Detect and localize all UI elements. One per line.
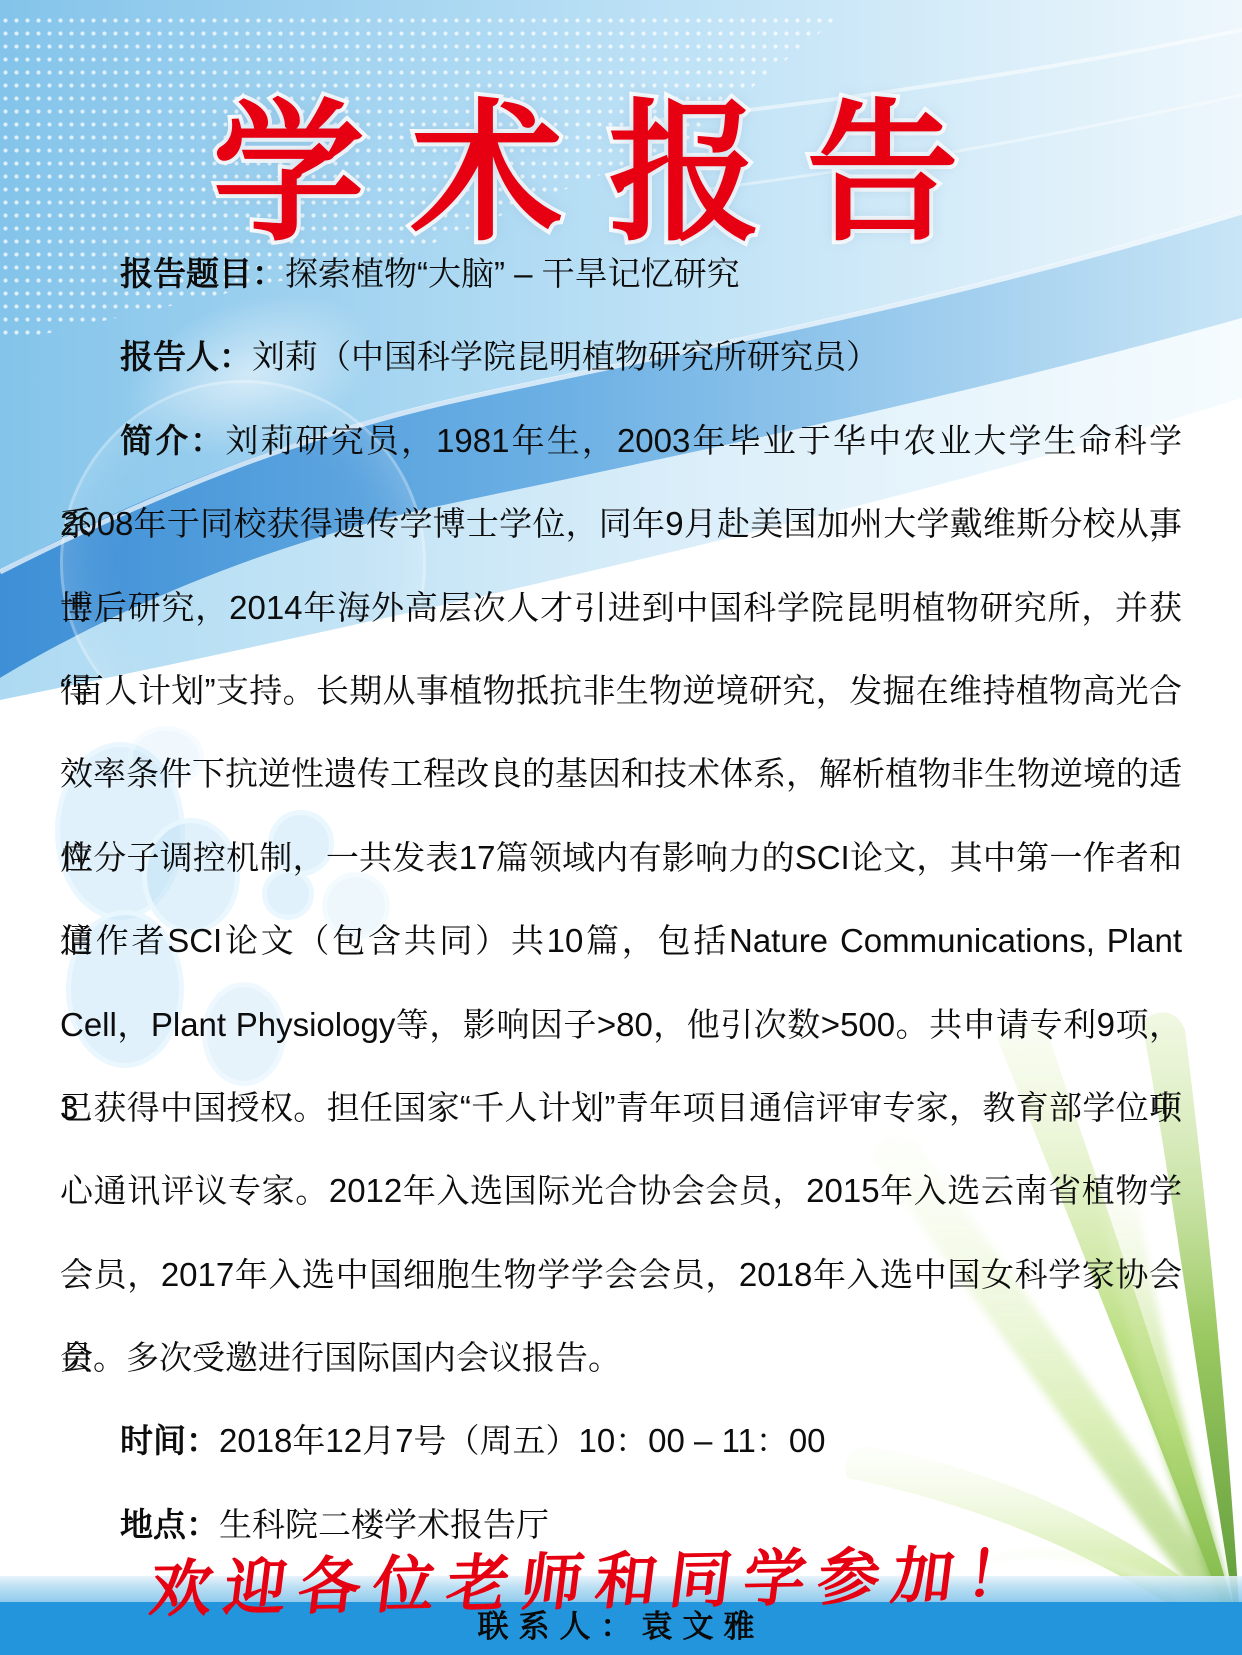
intro-line: 简介：刘莉研究员，1981年生，2003年毕业于华中农业大学生命科学系， bbox=[60, 399, 1182, 482]
time-line: 时间：2018年12月7号（周五）10：00 – 11：00 bbox=[60, 1399, 1182, 1482]
intro-line: 心通讯评议专家。2012年入选国际光合协会会员，2015年入选云南省植物学会 bbox=[60, 1149, 1182, 1232]
intro-line: 已获得中国授权。担任国家“千人计划”青年项目通信评审专家，教育部学位中 bbox=[60, 1066, 1182, 1149]
intro-line: 会员，2017年入选中国细胞生物学学会会员，2018年入选中国女科学家协会会 bbox=[60, 1233, 1182, 1316]
lecture-poster: 学术报告 报告题目：探索植物“大脑” – 干旱记忆研究 报告人：刘莉（中国科学院… bbox=[0, 0, 1242, 1655]
intro-line: 士后研究，2014年海外高层次人才引进到中国科学院昆明植物研究所，并获得 bbox=[60, 566, 1182, 649]
intro-line: Cell，Plant Physiology等，影响因子>80，他引次数>500。… bbox=[60, 983, 1182, 1066]
intro-line: 员。多次受邀进行国际国内会议报告。 bbox=[60, 1316, 1182, 1399]
poster-title: 学术报告 bbox=[213, 52, 1005, 270]
venue-label: 地点： bbox=[120, 1506, 219, 1543]
speaker-label: 报告人： bbox=[120, 338, 252, 375]
intro-label: 简介： bbox=[120, 422, 225, 459]
intro-line: 效率条件下抗逆性遗传工程改良的基因和技术体系，解析植物非生物逆境的适应 bbox=[60, 732, 1182, 815]
intro-line: 2008年于同校获得遗传学博士学位，同年9月赴美国加州大学戴维斯分校从事博 bbox=[60, 482, 1182, 565]
intro-line: “百人计划”支持。长期从事植物抵抗非生物逆境研究，发掘在维持植物高光合 bbox=[60, 649, 1182, 732]
intro-line: 性分子调控机制，一共发表17篇领域内有影响力的SCI论文，其中第一作者和通 bbox=[60, 816, 1182, 899]
speaker-line: 报告人：刘莉（中国科学院昆明植物研究所研究员） bbox=[60, 315, 1182, 398]
time-label: 时间： bbox=[120, 1422, 219, 1459]
poster-body: 报告题目：探索植物“大脑” – 干旱记忆研究 报告人：刘莉（中国科学院昆明植物研… bbox=[60, 232, 1182, 1566]
contact-person: 联系人：袁文雅 bbox=[0, 1602, 1242, 1655]
time-text: 2018年12月7号（周五）10：00 – 11：00 bbox=[219, 1422, 826, 1459]
speaker-text: 刘莉（中国科学院昆明植物研究所研究员） bbox=[252, 338, 879, 375]
intro-line: 信作者SCI论文（包含共同）共10篇，包括Nature Communicatio… bbox=[60, 899, 1182, 982]
